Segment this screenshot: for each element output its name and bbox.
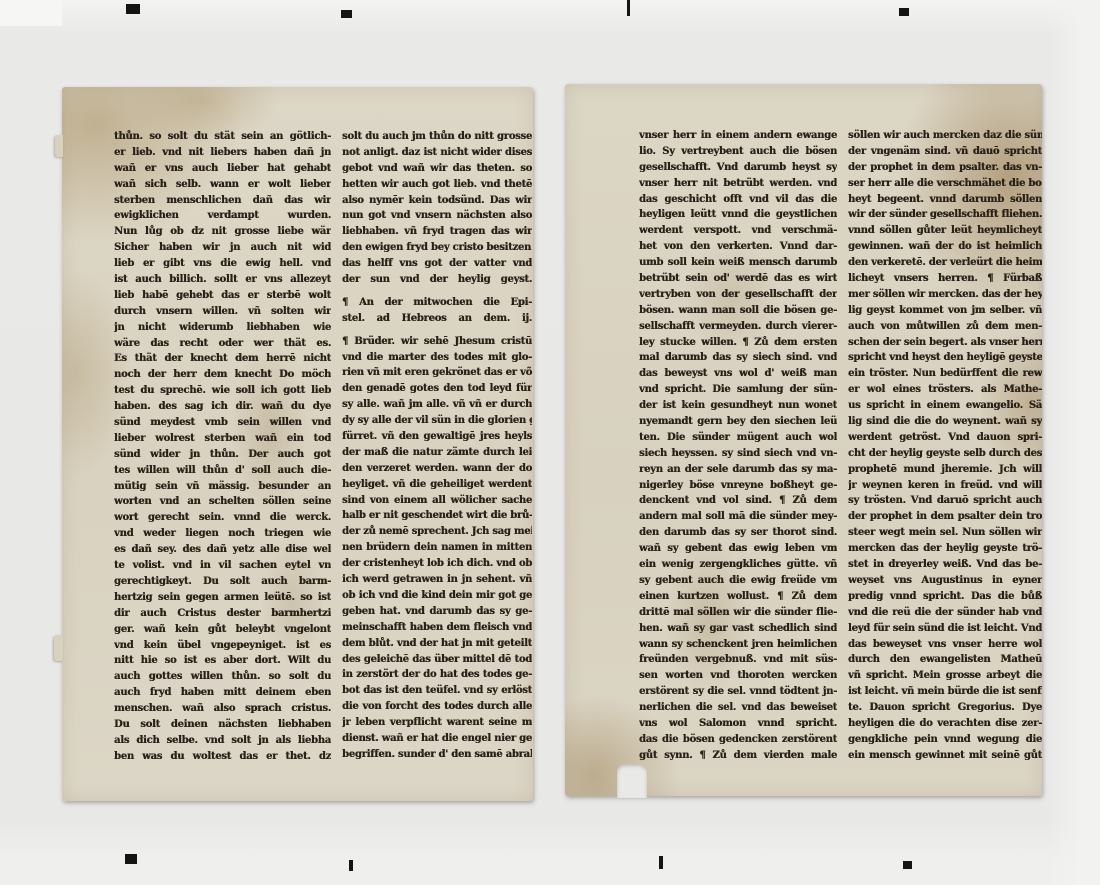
text-line: not anligt. daz ist nicht wider dises <box>342 145 532 161</box>
text-line: werdent getröst. Vnd dauon spri- <box>848 430 1042 446</box>
text-line: des geleichē das über mittel dē tod <box>342 652 532 668</box>
text-line: ger. wañ kein gůt beleybt vngelont <box>114 622 331 638</box>
text-line: gesellschafft. Vnd darumb heyst sy <box>639 160 837 176</box>
text-line: gůt synn. ¶ Zů dem vierden male <box>639 748 837 764</box>
text-line: schen der sein begert. als vnser herr <box>848 335 1042 351</box>
text-line: lieb habē gehebt das er sterbē wolt <box>114 288 331 304</box>
text-line: sind von einem all wölicher sache <box>342 493 532 509</box>
text-line: hen. wañ sy gar vast schedlich sind <box>639 621 837 637</box>
text-line: stel. ad Hebreos an dem. ij. <box>342 311 532 327</box>
registration-mark <box>125 854 137 864</box>
text-line: wir der sünder gesellschafft fliehen. <box>848 207 1042 223</box>
text-line: jr weynen keren in freüd. vnd will <box>848 478 1042 494</box>
registration-mark <box>899 8 909 16</box>
text-line: wann sy schenckent jren heimlichen <box>639 637 837 653</box>
text-line: siech heyssen. sy sind siech vnd vn- <box>639 446 837 462</box>
text-line: heyt begeent. vnnd darumb söllen <box>848 192 1042 208</box>
left-leaf-column-2: solt du auch jm thůn do nitt grossenot a… <box>342 129 532 781</box>
text-line: sen worten vnd thoroten wercken <box>639 668 837 684</box>
registration-mark <box>659 856 663 869</box>
text-line: der vngenäm sind. vñ dauō spricht <box>848 144 1042 160</box>
text-line: drittē mal söllen wir die sünder flie- <box>639 605 837 621</box>
text-line: gebot vnd wañ wir das theten. so <box>342 161 532 177</box>
text-line: ist auch billich. sollt er vns allezeyt <box>114 272 331 288</box>
text-line: ich werd getrawen in jn sehent. vñ <box>342 572 532 588</box>
text-line: noch der herr dem knecht Do möch <box>114 367 331 383</box>
text-line: dem blůt. vnd der hat jn mit geteilt <box>342 636 532 652</box>
left-leaf-fold-tab <box>55 135 63 157</box>
text-line: Sicher haben wir jn auch nit wid <box>114 240 331 256</box>
registration-mark <box>903 861 912 869</box>
text-line: heyligen leütt vnnd die geystlichen <box>639 207 837 223</box>
text-line: sterben menschlichen dañ das wir <box>114 193 331 209</box>
text-line: hetten wir auch got lieb. vnd thetē <box>342 177 532 193</box>
text-line: vnd die reü die der sünder hab vnd <box>848 605 1042 621</box>
text-line: ten. Die sünder mügent auch wol <box>639 430 837 446</box>
text-line: thůn. so solt du stät sein an götlich- <box>114 129 331 145</box>
text-line: nen brüdern dein namen in mitten <box>342 540 532 556</box>
text-line: sy alle. wañ jm alle. vñ vñ er durch <box>342 397 532 413</box>
text-line: Es thät der knecht dem herrē nicht <box>114 351 331 367</box>
text-line: den genadē gotes den tod leyd für <box>342 381 532 397</box>
text-line: wort gerecht sein. vnnd die werck. <box>114 510 331 526</box>
text-line: us spricht in einem ewangelio. Sä <box>848 398 1042 414</box>
text-line: leyd für sein sünd die ist leicht. Vnd <box>848 621 1042 637</box>
text-line: nitt hie so ist es aber dort. Wilt du <box>114 653 331 669</box>
text-line: er wol eines trösters. als Mathe- <box>848 382 1042 398</box>
text-line: das die bösen gedencken zerstörent <box>639 732 837 748</box>
text-line: ¶ Brüder. wir sehē Jhesum cristū <box>342 334 532 350</box>
text-line: söllen wir auch mercken daz die sün <box>848 128 1042 144</box>
text-line: sy trösten. Vnd daruō spricht auch <box>848 493 1042 509</box>
text-line: tes willen will thůn d' soll auch die- <box>114 463 331 479</box>
text-line: ein wenig zergengkliches gütte. vñ <box>639 557 837 573</box>
text-line: durch den ewangelisten Matheū <box>848 652 1042 668</box>
text-line: mercken das der heylig geyste trö- <box>848 541 1042 557</box>
text-line: wañ sich selb. wann er wolt lieber <box>114 177 331 193</box>
text-line: freünden vergebnuß. vnd mit süs- <box>639 652 837 668</box>
text-line: das beweyst vns wol d' weiß man <box>639 366 837 382</box>
text-line: nun got vnd vnsern nächsten also <box>342 208 532 224</box>
text-line: bot das ist den teüfel. vnd sy erlöst <box>342 683 532 699</box>
text-line: te. Dauon spricht Gregorius. Dye <box>848 700 1042 716</box>
text-line: het von den verkerten. Vnnd dar- <box>639 239 837 255</box>
registration-mark <box>341 10 352 18</box>
text-line: hertzig sein gegen armen leütē. so ist <box>114 590 331 606</box>
text-line: den verkeretē. der verleürt die heim <box>848 255 1042 271</box>
text-line <box>342 327 532 334</box>
text-line: ley stucke willen. ¶ Zů dem ersten <box>639 335 837 351</box>
text-line: er lieb. vnd nit liebers haben dañ jn <box>114 145 331 161</box>
text-line: ben was du woltest das er thet. dz <box>114 749 331 765</box>
text-line: bösen. wann man soll die bösen ge- <box>639 303 837 319</box>
text-line: vnd kein übel vngepeyniget. ist es <box>114 638 331 654</box>
text-line: als dich selbe. vnd solt jn als liebha <box>114 733 331 749</box>
right-leaf-tear <box>617 764 647 798</box>
text-line: der prophet in dem psalter dein tro <box>848 509 1042 525</box>
text-line: ¶ An der mitwochen die Epi- <box>342 295 532 311</box>
text-line: andern mal soll mā die sünder mey- <box>639 509 837 525</box>
text-line: heyligen die do verachten dise zer- <box>848 716 1042 732</box>
text-line: ewigklichen verdampt wurden. <box>114 208 331 224</box>
text-line: fürret. vñ den gewaltigē jres heyls <box>342 429 532 445</box>
text-line: ein tröster. Nun bedürffent die rew <box>848 366 1042 382</box>
text-line: denckent vnd vol sind. ¶ Zů dem <box>639 493 837 509</box>
backdrop-highlight <box>0 0 62 26</box>
text-line: jn nicht widerumb liebhaben wie <box>114 320 331 336</box>
text-line: worten vnd an schelten söllen seine <box>114 494 331 510</box>
text-line: prophetē mund jheremie. Jch will <box>848 462 1042 478</box>
text-line: weyset vns Augustinus in eyner <box>848 573 1042 589</box>
text-line: vnd weder liegen noch triegen wie <box>114 526 331 542</box>
text-line: lio. Sy vertreybent auch die bösen <box>639 144 837 160</box>
right-leaf-column-1: vnser herr in einem andern ewangelio. Sy… <box>639 128 837 768</box>
text-line: gengkliche pein vnnd wegung die <box>848 732 1042 748</box>
registration-mark <box>627 0 630 16</box>
text-line: heyliget. vñ die geheiliget werdent <box>342 477 532 493</box>
text-line: auch gottes willen thůn. so solt du <box>114 669 331 685</box>
text-line: steer wegt mein sel. Nun söllen wir <box>848 525 1042 541</box>
text-line: auch von můtwillen zů dem men- <box>848 319 1042 335</box>
text-line: dy sy alle der vil sün in die glorien ge <box>342 413 532 429</box>
text-line: also nymēr kein todsünd. Das wir <box>342 193 532 209</box>
text-line: ob ich vnd die kind dein mir got ge <box>342 588 532 604</box>
text-line: der zů nemē sprechent. Jch sag mei- <box>342 524 532 540</box>
text-line: begriffen. sunder d' den samē abrahe <box>342 747 532 763</box>
text-line: ein mensch gewinnet mit seinē gůt <box>848 748 1042 764</box>
text-line: gewinnen. wañ der do ist heimlich <box>848 239 1042 255</box>
left-leaf-column-1: thůn. so solt du stät sein an götlich-er… <box>114 129 331 773</box>
text-line: lieber wolrest sterben wañ ein tod <box>114 431 331 447</box>
text-line: reyn an der sele darumb das sy ma- <box>639 462 837 478</box>
text-line: mal darumb das sy siech sind. vnd <box>639 350 837 366</box>
text-line: haben. des sag ich dir. wañ du dye <box>114 399 331 415</box>
text-line: nyemandt gern bey den siechen leü <box>639 414 837 430</box>
text-line: vnd spricht. Die samlung der sün- <box>639 382 837 398</box>
text-line: der ist kein gesundheyt nun wonet <box>639 398 837 414</box>
text-line: vnnd söllen gůter leüt heymlicheyt <box>848 223 1042 239</box>
text-line: licheyt vnsers herren. ¶ Fürbaß <box>848 271 1042 287</box>
text-line: ist leicht. vñ mein bürde die ist senff <box>848 684 1042 700</box>
text-line: lig geyst kommet von jm selber. vñ <box>848 303 1042 319</box>
text-line: cht der heylig geyste selb durch des <box>848 446 1042 462</box>
text-line: sünd meydest vmb sein willen vnd <box>114 415 331 431</box>
text-line: der sun vnd der heylig geyst. <box>342 272 532 288</box>
left-leaf-fold-tab <box>54 635 63 661</box>
text-line: es dañ sey. des dañ yetz alle dise wel <box>114 542 331 558</box>
text-line: stet in dreyerley weiß. Vnd das be- <box>848 557 1042 573</box>
text-line: liebhaben. vñ fryd tragen das wir <box>342 224 532 240</box>
text-line: den darumb das sy ser thorot sind. <box>639 525 837 541</box>
text-line: wañ er vns auch lieber hat gehabt <box>114 161 331 177</box>
right-leaf-column-2: söllen wir auch mercken daz die sünder v… <box>848 128 1042 768</box>
registration-mark <box>126 4 140 14</box>
text-line: mütig sein vñ mässig. besunder an <box>114 479 331 495</box>
text-line: erstörent sy die sel. vnnd tödtent jn- <box>639 684 837 700</box>
text-line: sünd wider jn thůn. Der auch got <box>114 447 331 463</box>
right-leaf: vnser herr in einem andern ewangelio. Sy… <box>565 84 1042 796</box>
text-line: vnser herr nit betrübt werden. vnd <box>639 176 837 192</box>
backdrop-highlight <box>1046 0 1100 885</box>
text-line: lig sind die die do weynent. wañ sy <box>848 414 1042 430</box>
text-line <box>342 288 532 295</box>
text-line: auch fryd haben mitt deinem eben <box>114 685 331 701</box>
text-line: werdent verspott. vnd verschmä- <box>639 223 837 239</box>
text-line: vnser herr in einem andern ewange <box>639 128 837 144</box>
text-line: das beweyset vns vnser herre wol <box>848 637 1042 653</box>
text-line: Du solt deinen nächsten liebhaben <box>114 717 331 733</box>
text-line: wäre das recht oder wer thät es. <box>114 336 331 352</box>
text-line: sellschafft vermeyden. durch vierer- <box>639 319 837 335</box>
text-line: der maß die natur zämte durch lei <box>342 445 532 461</box>
text-line: rien vñ mit eren gekrönet das er võ <box>342 365 532 381</box>
text-line: betrübt sein od' werdē das es wirt <box>639 271 837 287</box>
text-line: mer söllen wir mercken. das der hey <box>848 287 1042 303</box>
text-line: einen kurtzen wollust. ¶ Zů dem <box>639 589 837 605</box>
text-line: sy gebent auch die ewig freüde vm <box>639 573 837 589</box>
text-line: vns wol Salomon vnnd spricht. <box>639 716 837 732</box>
text-line: nerlichen die sel. vnd das beweiset <box>639 700 837 716</box>
left-leaf: thůn. so solt du stät sein an götlich-er… <box>62 87 533 801</box>
text-line: die von forcht des todes durch alle <box>342 699 532 715</box>
text-line: test du sprechē. wie soll ich gott lieb <box>114 383 331 399</box>
text-line: te volist. vnd in vil sachen eytel vn <box>114 558 331 574</box>
text-line: den ewigen fryd bey cristo besitzen. <box>342 240 532 256</box>
text-line: halb er nit geschendet wirt die brů- <box>342 508 532 524</box>
text-line: gerechtigkeyt. Du solt auch barm- <box>114 574 331 590</box>
text-line: lieb er gibt vns die ewig hell. vnd <box>114 256 331 272</box>
text-line: das helff vns got der vatter vnd <box>342 256 532 272</box>
registration-mark <box>349 860 353 871</box>
text-line: vñ spricht. Mein grosse arbeyt die <box>848 668 1042 684</box>
text-line: der prophet in dem psalter. das vn- <box>848 160 1042 176</box>
text-line: vnd die marter des todes mit glo- <box>342 350 532 366</box>
text-line: dir auch Cristus dester barmhertzi <box>114 606 331 622</box>
text-line: in zerstört der do hat des todes ge- <box>342 667 532 683</box>
text-line: der cristenheyt lob ich dich. vnd ob <box>342 556 532 572</box>
text-line: durch vnsern willen. vñ solten wir <box>114 304 331 320</box>
text-line: meinschafft haben dem fleisch vnd <box>342 620 532 636</box>
text-line: ser herr alle die verschmähet die boß <box>848 176 1042 192</box>
text-line: umb soll kein weiß mensch darumb <box>639 255 837 271</box>
text-line: Nun lůg ob dz nit grosse liebe wär <box>114 224 331 240</box>
text-line: dienst. wañ er hat die engel nier gen <box>342 731 532 747</box>
text-line: nigerley böse vnreyne boßheyt ge- <box>639 478 837 494</box>
text-line: spricht vnd heyst den heyligē geyste <box>848 350 1042 366</box>
text-line: das geschicht offt vnd vil das die <box>639 192 837 208</box>
text-line: predig vnnd spricht. Das die bůß <box>848 589 1042 605</box>
text-line: solt du auch jm thůn do nitt grosse <box>342 129 532 145</box>
text-line: den verzeret werden. wann der do <box>342 461 532 477</box>
text-line: jr leben verpflicht warent seine m <box>342 715 532 731</box>
text-line: menschen. wañ also sprach cristus. <box>114 701 331 717</box>
photo-backdrop: thůn. so solt du stät sein an götlich-er… <box>0 0 1100 885</box>
text-line: geben hat. vnd darumb das sy ge- <box>342 604 532 620</box>
text-line: vertryben von der gesellschafft der <box>639 287 837 303</box>
text-line: wañ sy gebent das ewig leben vm <box>639 541 837 557</box>
